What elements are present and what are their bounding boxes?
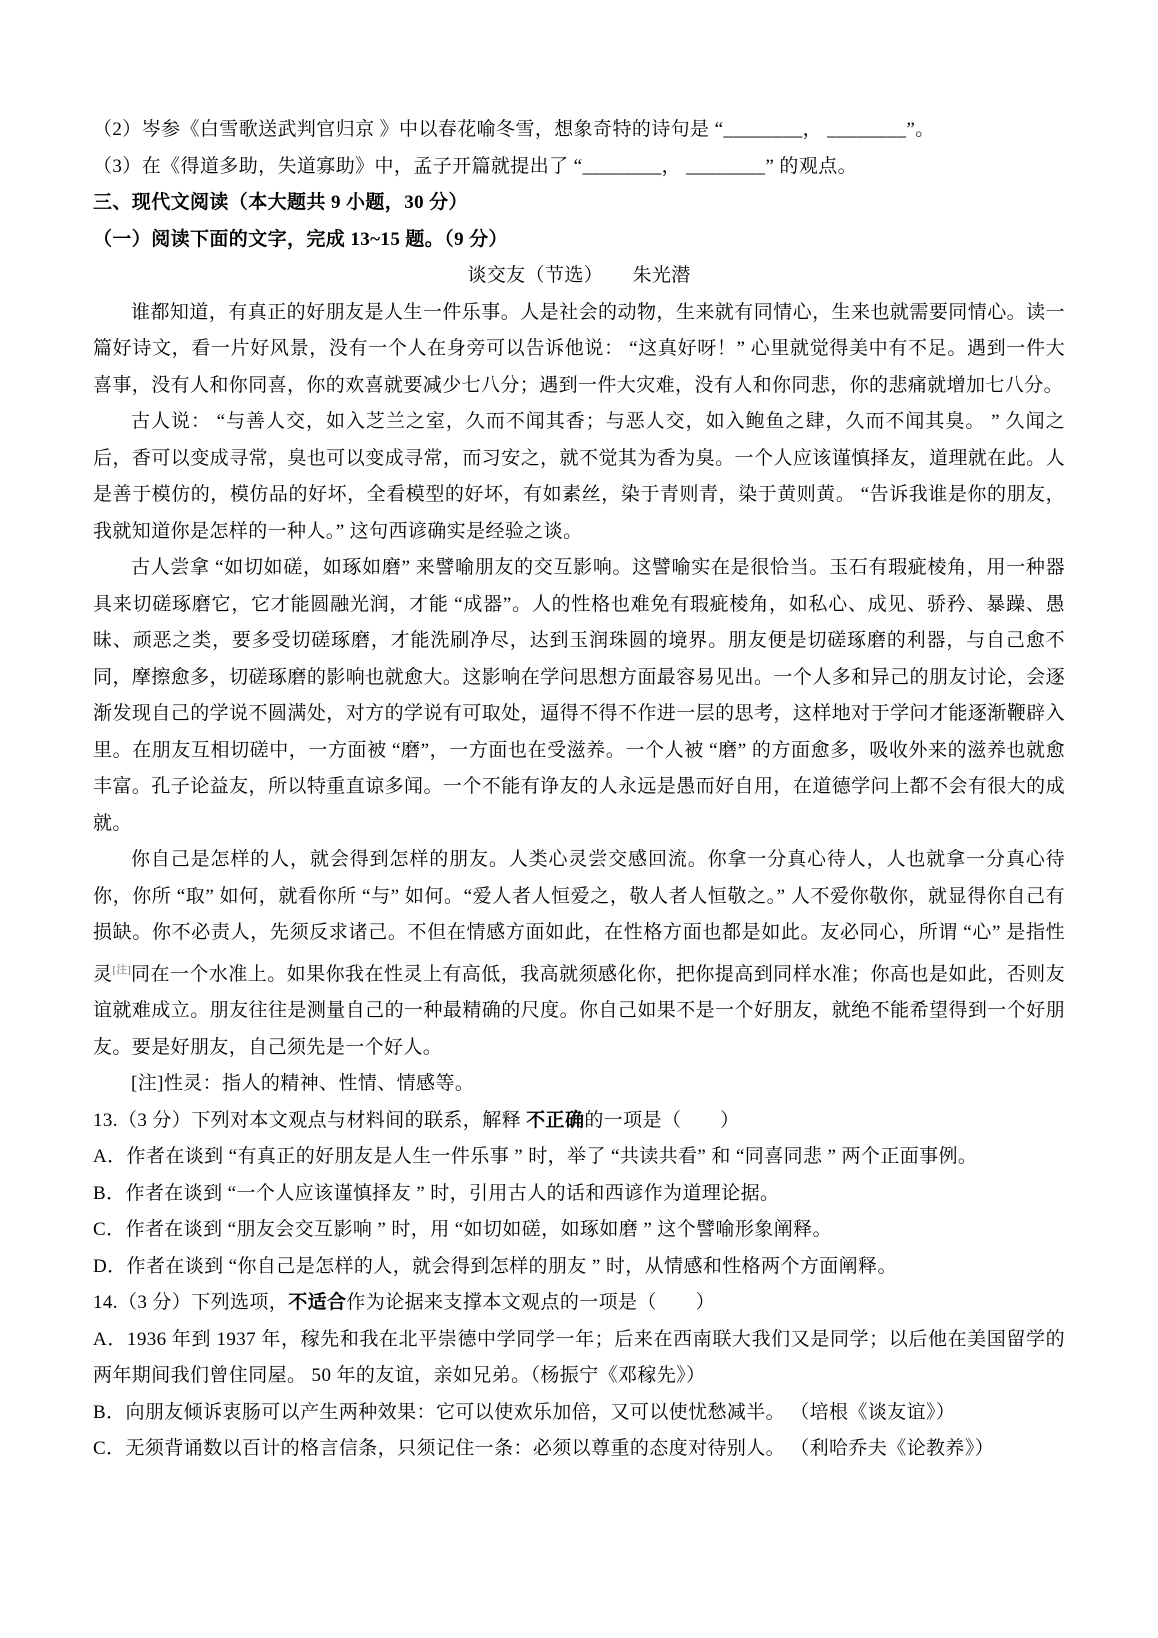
note-reference-superscript: [注]: [112, 964, 130, 976]
question-13-stem-post: 的一项是（ ）: [584, 1110, 739, 1131]
question-14-stem-bold: 不适合: [288, 1292, 346, 1313]
question-14-option-a: A．1936 年到 1937 年，稼先和我在北平崇德中学同学一年；后来在西南联大…: [93, 1322, 1065, 1395]
question-13-stem: 13.（3 分）下列对本文观点与材料间的联系，解释 不正确的一项是（ ）: [93, 1103, 1065, 1140]
question-14-option-c: C．无须背诵数以百计的格言信条，只须记住一条：必须以尊重的态度对待别人。 （利哈…: [93, 1431, 1065, 1468]
question-14-number: 14.: [93, 1292, 118, 1313]
article-paragraph-2: 古人说： “与善人交，如入芝兰之室，久而不闻其香；与恶人交，如入鲍鱼之肆，久而不…: [93, 404, 1065, 550]
question-13-stem-bold: 不正确: [526, 1110, 584, 1131]
question-14-option-b: B．向朋友倾诉衷肠可以产生两种效果：它可以使欢乐加倍，又可以使忧愁减半。 （培根…: [93, 1395, 1065, 1432]
article-title: 谈交友（节选） 朱光潜: [93, 258, 1065, 295]
question-13-option-a: A．作者在谈到 “有真正的好朋友是人生一件乐事 ” 时，举了 “共读共看” 和 …: [93, 1139, 1065, 1176]
question-13-option-c: C．作者在谈到 “朋友会交互影响 ” 时，用 “如切如磋，如琢如磨 ” 这个譬喻…: [93, 1212, 1065, 1249]
question-14-stem: 14.（3 分）下列选项，不适合作为论据来支撑本文观点的一项是（ ）: [93, 1285, 1065, 1322]
article-paragraph-3: 古人尝拿 “如切如磋，如琢如磨” 来譬喻朋友的交互影响。这譬喻实在是很恰当。玉石…: [93, 550, 1065, 842]
section-heading: 三、现代文阅读（本大题共 9 小题，30 分）: [93, 185, 1065, 222]
fill-blank-line-2: （2）岑参《白雪歌送武判官归京 》中以春花喻冬雪，想象奇特的诗句是 “_____…: [93, 112, 1065, 149]
question-13-option-d: D．作者在谈到 “你自己是怎样的人，就会得到怎样的朋友 ” 时，从情感和性格两个…: [93, 1249, 1065, 1286]
fill-blank-line-3: （3）在《得道多助，失道寡助》中，孟子开篇就提出了 “________， ___…: [93, 149, 1065, 186]
subsection-heading: （一）阅读下面的文字，完成 13~15 题。（9 分）: [93, 222, 1065, 259]
question-14-stem-pre: （3 分）下列选项，: [118, 1292, 288, 1313]
question-13-stem-pre: （3 分）下列对本文观点与材料间的联系，解释: [118, 1110, 526, 1131]
article-paragraph-4: 你自己是怎样的人，就会得到怎样的朋友。人类心灵尝交感回流。你拿一分真心待人，人也…: [93, 842, 1065, 1066]
paragraph-4-text-after-note: 同在一个水准上。如果你我在性灵上有高低，我高就须感化你，把你提高到同样水准；你高…: [93, 964, 1065, 1058]
question-13-option-b: B．作者在谈到 “一个人应该谨慎择友 ” 时，引用古人的话和西谚作为道理论据。: [93, 1176, 1065, 1213]
exam-page: （2）岑参《白雪歌送武判官归京 》中以春花喻冬雪，想象奇特的诗句是 “_____…: [0, 0, 1158, 1468]
article-footnote: [注]性灵：指人的精神、性情、情感等。: [93, 1066, 1065, 1103]
question-14-stem-post: 作为论据来支撑本文观点的一项是（ ）: [346, 1292, 715, 1313]
question-13-number: 13.: [93, 1110, 118, 1131]
article-paragraph-1: 谁都知道，有真正的好朋友是人生一件乐事。人是社会的动物，生来就有同情心，生来也就…: [93, 295, 1065, 405]
